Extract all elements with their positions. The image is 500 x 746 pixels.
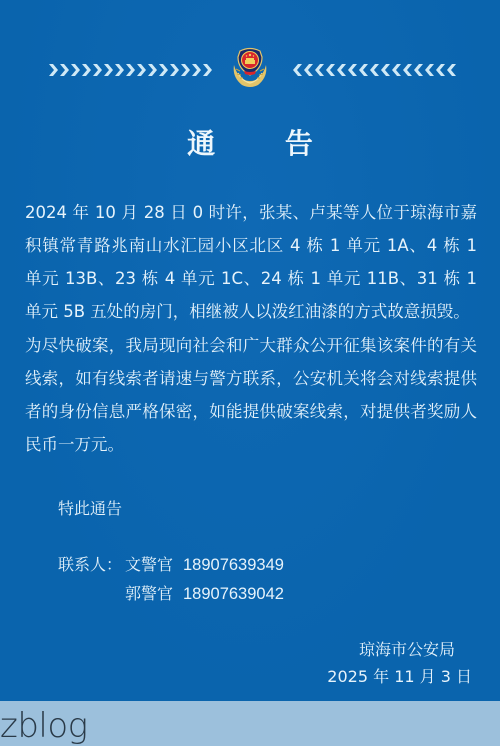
contact-name: 郭警官 [125, 581, 183, 604]
chevron-right-icon [202, 63, 213, 77]
chevron-right-icon [125, 63, 136, 77]
chevron-left-icon [424, 63, 435, 77]
chevron-left-icon [303, 63, 314, 77]
chevron-left-icon [325, 63, 336, 77]
chevron-right-icon [81, 63, 92, 77]
chevron-right-icon [48, 63, 59, 77]
contact-name: 文警官 [125, 552, 183, 575]
chevron-left-icon [336, 63, 347, 77]
watermark: zblog [0, 706, 88, 742]
notice-poster: 通 告 2024 年 10 月 28 日 0 时许，张某、卢某等人位于琼海市嘉积… [0, 0, 500, 701]
paragraph-text: 为尽快破案，我局现向社会和广大群众公开征集该案件的有关线索，如有线索者请速与警方… [25, 336, 477, 454]
paragraph-text: 2024 年 10 月 28 日 0 时许，张某、卢某等人位于琼海市嘉积镇常青路… [25, 203, 477, 321]
police-emblem-icon [226, 43, 274, 91]
chevron-right-icon [114, 63, 125, 77]
chevron-left-icon [347, 63, 358, 77]
chevron-right-icon [180, 63, 191, 77]
chevron-left-icon [413, 63, 424, 77]
chevron-right-icon [92, 63, 103, 77]
chevron-right-icon [158, 63, 169, 77]
chevron-left-icon [391, 63, 402, 77]
chevron-left-icon [292, 63, 303, 77]
chevron-right-icon [59, 63, 70, 77]
chevron-left-icon [358, 63, 369, 77]
chevron-right-icon [136, 63, 147, 77]
signature-organization: 琼海市公安局 [359, 637, 455, 660]
closing-statement: 特此通告 [58, 496, 122, 519]
chevron-left-icon [435, 63, 446, 77]
chevron-left-icon [446, 63, 457, 77]
notice-paragraph-appeal: 为尽快破案，我局现向社会和广大群众公开征集该案件的有关线索，如有线索者请速与警方… [25, 329, 477, 461]
notice-title: 通 告 [0, 122, 500, 162]
contact-phone: 18907639042 [183, 585, 284, 603]
chevron-right-icon [103, 63, 114, 77]
contact-row: 联系人：文警官18907639349 [58, 552, 284, 575]
chevron-left-icon [380, 63, 391, 77]
chevron-left-icon [314, 63, 325, 77]
signature-date: 2025 年 11 月 3 日 [327, 664, 472, 687]
notice-paragraph-incident: 2024 年 10 月 28 日 0 时许，张某、卢某等人位于琼海市嘉积镇常青路… [25, 196, 477, 328]
chevron-left-icon [402, 63, 413, 77]
right-chevron-decoration [292, 63, 457, 77]
left-chevron-decoration [48, 63, 213, 77]
contact-label: 联系人： [58, 552, 125, 575]
chevron-right-icon [169, 63, 180, 77]
chevron-right-icon [147, 63, 158, 77]
contact-phone: 18907639349 [183, 556, 284, 574]
chevron-right-icon [191, 63, 202, 77]
chevron-right-icon [70, 63, 81, 77]
chevron-left-icon [369, 63, 380, 77]
contact-row: 郭警官18907639042 [125, 581, 284, 604]
